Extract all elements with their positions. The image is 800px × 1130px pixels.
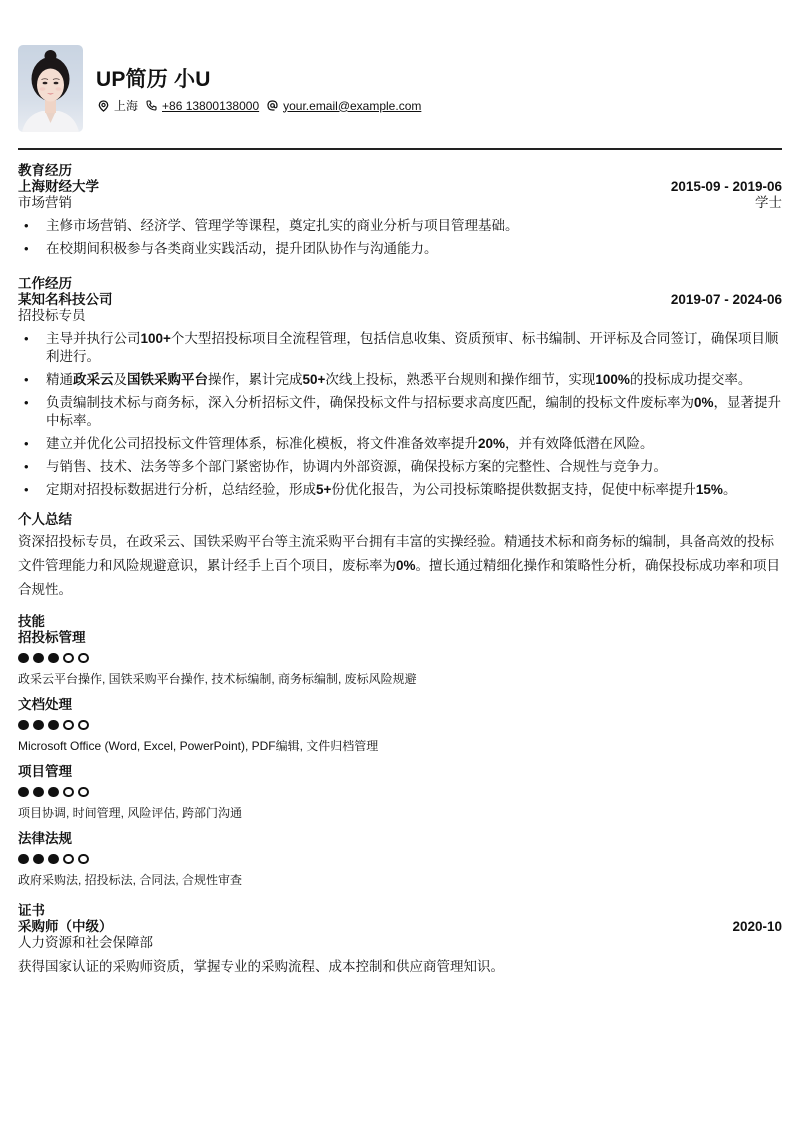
contact-email: your.email@example.com <box>267 99 421 113</box>
list-item: 与销售、技术、法务等多个部门紧密协作，协调内外部资源，确保投标方案的完整性、合规… <box>18 458 782 476</box>
filled-dot-icon <box>48 787 59 797</box>
filled-dot-icon <box>18 854 29 864</box>
certificate-description: 获得国家认证的采购师资质，掌握专业的采购流程、成本控制和供应商管理知识。 <box>18 958 782 976</box>
filled-dot-icon <box>18 787 29 797</box>
contact-info: 上海 +86 13800138000 your.email@example.co… <box>98 97 429 114</box>
empty-dot-icon <box>63 787 74 797</box>
certificate-name: 采购师（中级） <box>18 919 113 935</box>
email-link[interactable]: your.email@example.com <box>283 99 421 113</box>
work-dates: 2019-07 - 2024-06 <box>671 292 782 308</box>
filled-dot-icon <box>48 653 59 663</box>
phone-icon <box>146 100 157 111</box>
summary-text: 资深招投标专员，在政采云、国铁采购平台等主流采购平台拥有丰富的实操经验。精通技术… <box>18 530 782 602</box>
skill-item: 文档处理Microsoft Office (Word, Excel, Power… <box>18 697 782 753</box>
degree: 学士 <box>755 195 782 211</box>
filled-dot-icon <box>33 854 44 864</box>
skill-name: 招投标管理 <box>18 630 782 646</box>
list-item: 负责编制技术标与商务标，深入分析招标文件，确保投标文件与招标要求高度匹配，编制的… <box>18 394 782 430</box>
filled-dot-icon <box>33 787 44 797</box>
work-section: 工作经历 某知名科技公司 2019-07 - 2024-06 招投标专员 主导并… <box>18 276 782 504</box>
empty-dot-icon <box>63 720 74 730</box>
contact-phone: +86 13800138000 <box>146 99 259 113</box>
skill-name: 项目管理 <box>18 764 782 780</box>
filled-dot-icon <box>18 653 29 663</box>
at-sign-icon <box>267 100 278 111</box>
skill-item: 法律法规政府采购法, 招投标法, 合同法, 合规性审查 <box>18 831 782 887</box>
candidate-name: UP简历 小U <box>96 63 211 93</box>
certificates-section: 证书 采购师（中级） 2020-10 人力资源和社会保障部 获得国家认证的采购师… <box>18 903 782 976</box>
list-item: 主修市场营销、经济学、管理学等课程，奠定扎实的商业分析与项目管理基础。 <box>18 217 782 235</box>
work-bullets: 主导并执行公司100+个大型招投标项目全流程管理，包括信息收集、资质预审、标书编… <box>18 330 782 499</box>
section-title-certificates: 证书 <box>18 903 782 919</box>
certificate-date: 2020-10 <box>732 919 782 935</box>
section-title-education: 教育经历 <box>18 163 782 179</box>
empty-dot-icon <box>78 854 89 864</box>
section-title-work: 工作经历 <box>18 276 782 292</box>
list-item: 精通政采云及国铁采购平台操作，累计完成50+次线上投标，熟悉平台规则和操作细节，… <box>18 371 782 389</box>
list-item: 定期对招投标数据进行分析，总结经验，形成5+份优化报告，为公司投标策略提供数据支… <box>18 481 782 499</box>
skill-keywords: Microsoft Office (Word, Excel, PowerPoin… <box>18 739 782 753</box>
skill-level-indicator <box>18 787 782 798</box>
skills-list: 招投标管理政采云平台操作, 国铁采购平台操作, 技术标编制, 商务标编制, 废标… <box>18 630 782 887</box>
map-pin-icon <box>98 100 109 112</box>
certificate-issuer: 人力资源和社会保障部 <box>18 935 782 951</box>
location-text: 上海 <box>114 97 138 114</box>
list-item: 在校期间积极参与各类商业实践活动，提升团队协作与沟通能力。 <box>18 240 782 258</box>
major: 市场营销 <box>18 195 72 211</box>
skill-item: 招投标管理政采云平台操作, 国铁采购平台操作, 技术标编制, 商务标编制, 废标… <box>18 630 782 686</box>
section-title-summary: 个人总结 <box>18 512 782 528</box>
list-item: 主导并执行公司100+个大型招投标项目全流程管理，包括信息收集、资质预审、标书编… <box>18 330 782 366</box>
list-item: 建立并优化公司招投标文件管理体系，标准化模板，将文件准备效率提升20%，并有效降… <box>18 435 782 453</box>
summary-section: 个人总结 资深招投标专员，在政采云、国铁采购平台等主流采购平台拥有丰富的实操经验… <box>18 512 782 602</box>
resume-header: UP简历 小U 上海 +86 13800138000 <box>18 45 782 133</box>
contact-location: 上海 <box>98 97 138 114</box>
skill-name: 法律法规 <box>18 831 782 847</box>
position: 招投标专员 <box>18 308 86 324</box>
empty-dot-icon <box>63 653 74 663</box>
school-name: 上海财经大学 <box>18 179 99 195</box>
header-divider <box>18 148 782 150</box>
filled-dot-icon <box>18 720 29 730</box>
education-dates: 2015-09 - 2019-06 <box>671 179 782 195</box>
company-name: 某知名科技公司 <box>18 292 113 308</box>
phone-link[interactable]: +86 13800138000 <box>162 99 259 113</box>
skill-keywords: 政采云平台操作, 国铁采购平台操作, 技术标编制, 商务标编制, 废标风险规避 <box>18 672 782 686</box>
filled-dot-icon <box>48 720 59 730</box>
empty-dot-icon <box>78 720 89 730</box>
education-section: 教育经历 上海财经大学 2015-09 - 2019-06 市场营销 学士 主修… <box>18 163 782 263</box>
skill-level-indicator <box>18 653 782 664</box>
skill-name: 文档处理 <box>18 697 782 713</box>
skill-keywords: 政府采购法, 招投标法, 合同法, 合规性审查 <box>18 873 782 887</box>
skill-item: 项目管理项目协调, 时间管理, 风险评估, 跨部门沟通 <box>18 764 782 820</box>
filled-dot-icon <box>33 653 44 663</box>
skill-level-indicator <box>18 720 782 731</box>
skill-keywords: 项目协调, 时间管理, 风险评估, 跨部门沟通 <box>18 806 782 820</box>
profile-photo <box>18 45 83 132</box>
empty-dot-icon <box>78 787 89 797</box>
skill-level-indicator <box>18 854 782 865</box>
filled-dot-icon <box>48 854 59 864</box>
skills-section: 技能 招投标管理政采云平台操作, 国铁采购平台操作, 技术标编制, 商务标编制,… <box>18 614 782 898</box>
empty-dot-icon <box>78 653 89 663</box>
filled-dot-icon <box>33 720 44 730</box>
empty-dot-icon <box>63 854 74 864</box>
section-title-skills: 技能 <box>18 614 782 630</box>
education-bullets: 主修市场营销、经济学、管理学等课程，奠定扎实的商业分析与项目管理基础。 在校期间… <box>18 217 782 258</box>
